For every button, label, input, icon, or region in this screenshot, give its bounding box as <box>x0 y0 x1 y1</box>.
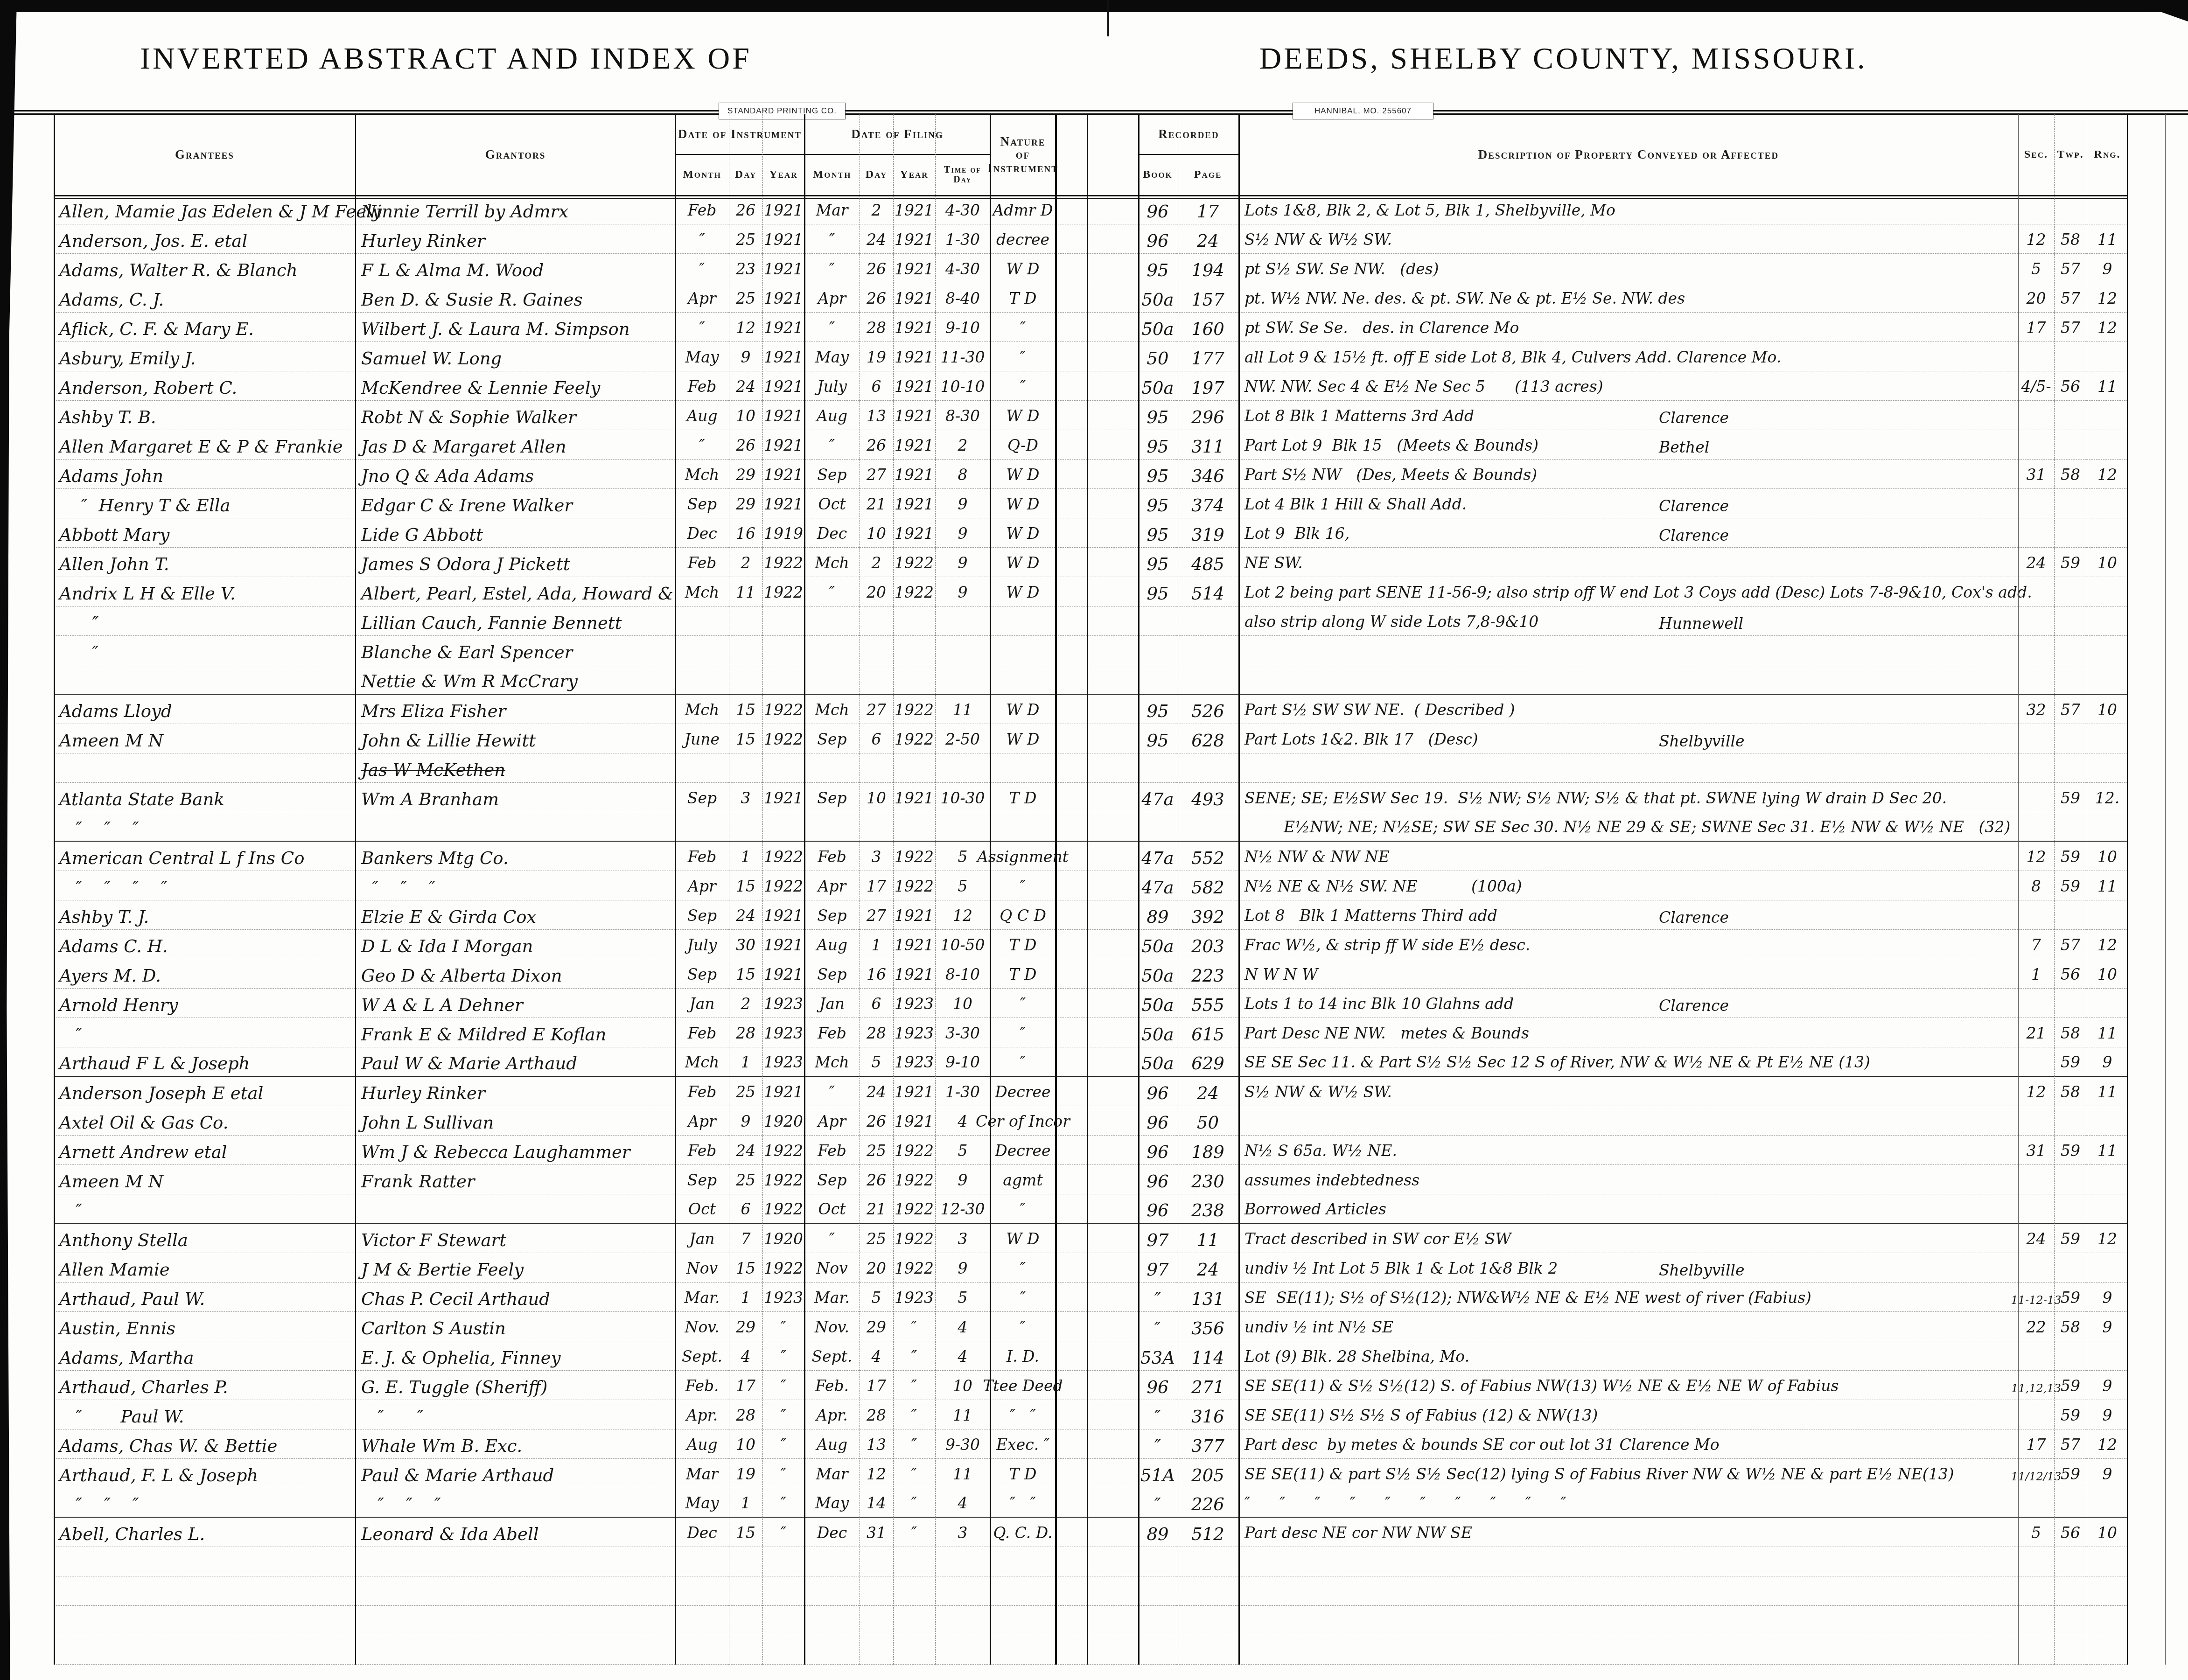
cell-grantor: E. J. & Ophelia, Finney <box>356 1341 675 1371</box>
cell-twp <box>2054 636 2087 665</box>
cell-file-day: 5 <box>860 1047 893 1077</box>
cell-inst-day: 19 <box>729 1459 762 1488</box>
cell-file-month: Feb <box>804 842 860 871</box>
cell-time: 4 <box>935 1341 990 1371</box>
cell-description: Lot 2 being part SENE 11-56-9; also stri… <box>1239 577 2018 606</box>
binding-gap <box>1087 489 1139 518</box>
cell-file-day: 1 <box>860 930 893 959</box>
cell-page: 157 <box>1177 283 1239 313</box>
cell-time: 9 <box>935 1253 990 1283</box>
cell-grantor: Chas P. Cecil Arthaud <box>356 1283 675 1312</box>
cell-rng <box>2087 636 2128 665</box>
cell-description: Part desc by metes & bounds SE cor out l… <box>1239 1429 2018 1459</box>
header-inst-day: Day <box>729 155 762 195</box>
cell-grantee: Abell, Charles L. <box>54 1518 356 1547</box>
cell-time: 5 <box>935 871 990 900</box>
cell-grantor: Albert, Pearl, Estel, Ada, Howard & <box>356 577 675 606</box>
binding-line <box>1107 0 1109 36</box>
binding-gap <box>1087 1635 1139 1665</box>
cell-description <box>1239 1547 2018 1576</box>
cell-place: Shelbyville <box>1659 732 1745 750</box>
binding-gap <box>1087 930 1139 959</box>
cell-inst-month: Sep <box>675 900 729 930</box>
cell-book: 96 <box>1139 1194 1177 1224</box>
cell-twp: 58 <box>2054 1018 2087 1047</box>
cell-file-month: Nov. <box>804 1312 860 1341</box>
cell-file-day: 25 <box>860 1224 893 1253</box>
cell-inst-month: Apr. <box>675 1400 729 1429</box>
cell-file-day: 6 <box>860 989 893 1018</box>
cell-description: Lot (9) Blk. 28 Shelbina, Mo. <box>1239 1341 2018 1371</box>
cell-file-year <box>893 1606 935 1635</box>
cell-inst-day: 24 <box>729 900 762 930</box>
cell-inst-day: 15 <box>729 959 762 989</box>
cell-inst-month <box>675 665 729 695</box>
binding-gap <box>1056 1224 1087 1253</box>
binding-gap <box>1087 812 1139 842</box>
cell-page: 24 <box>1177 224 1239 254</box>
cell-inst-day: 25 <box>729 224 762 254</box>
binding-gap <box>1056 518 1087 548</box>
cell-twp: 57 <box>2054 1429 2087 1459</box>
cell-time: 9 <box>935 489 990 518</box>
cell-grantee: Adams John <box>54 460 356 489</box>
ledger-sheet: INVERTED ABSTRACT AND INDEX OF DEEDS, SH… <box>0 0 2188 1680</box>
cell-file-month: Mch <box>804 548 860 577</box>
cell-time <box>935 1576 990 1606</box>
cell-nature: W D <box>990 548 1056 577</box>
cell-file-month <box>804 753 860 783</box>
cell-book: 95 <box>1139 548 1177 577</box>
cell-rng <box>2087 1341 2128 1371</box>
cell-file-day: 27 <box>860 460 893 489</box>
binding-gap <box>1056 460 1087 489</box>
cell-inst-year: ″ <box>762 1312 804 1341</box>
binding-gap <box>1087 989 1139 1018</box>
cell-sec <box>2018 812 2054 842</box>
cell-inst-day: 10 <box>729 1429 762 1459</box>
cell-description <box>1239 1635 2018 1665</box>
cell-description <box>1239 753 2018 783</box>
cell-nature: ″ <box>990 1253 1056 1283</box>
cell-sec <box>2018 1606 2054 1635</box>
cell-description: E½NW; NE; N½SE; SW SE Sec 30. N½ NE 29 &… <box>1239 812 2018 842</box>
cell-rng <box>2087 1635 2128 1665</box>
cell-file-day: 17 <box>860 871 893 900</box>
cell-rng: 9 <box>2087 1459 2128 1488</box>
cell-file-day: 21 <box>860 489 893 518</box>
cell-inst-year <box>762 606 804 636</box>
cell-inst-year: 1921 <box>762 371 804 401</box>
cell-file-month: Apr <box>804 283 860 313</box>
cell-grantor: D L & Ida I Morgan <box>356 930 675 959</box>
binding-gap <box>1056 342 1087 371</box>
cell-file-year: 1922 <box>893 1194 935 1224</box>
binding-gap <box>1087 783 1139 812</box>
cell-place: Clarence <box>1659 908 1729 927</box>
cell-grantor: Whale Wm B. Exc. <box>356 1429 675 1459</box>
cell-grantee: Adams, Chas W. & Bettie <box>54 1429 356 1459</box>
cell-file-month: ″ <box>804 254 860 283</box>
cell-sec <box>2018 606 2054 636</box>
binding-gap <box>1056 1459 1087 1488</box>
cell-inst-day: 1 <box>729 1047 762 1077</box>
cell-inst-day: 3 <box>729 783 762 812</box>
cell-grantor <box>356 1635 675 1665</box>
cell-book: 96 <box>1139 1106 1177 1136</box>
cell-grantor: Carlton S Austin <box>356 1312 675 1341</box>
cell-sec <box>2018 401 2054 430</box>
cell-file-month: Feb <box>804 1018 860 1047</box>
cell-grantee: Anderson, Jos. E. etal <box>54 224 356 254</box>
cell-description: assumes indebtedness <box>1239 1165 2018 1194</box>
cell-twp <box>2054 489 2087 518</box>
cell-grantee: Anthony Stella <box>54 1224 356 1253</box>
cell-file-month: ″ <box>804 1077 860 1106</box>
cell-book: 50 <box>1139 342 1177 371</box>
cell-book: 50a <box>1139 283 1177 313</box>
cell-sec: 12 <box>2018 224 2054 254</box>
cell-rng <box>2087 1165 2128 1194</box>
cell-grantor: Lide G Abbott <box>356 518 675 548</box>
cell-sec <box>2018 342 2054 371</box>
cell-time: 3-30 <box>935 1018 990 1047</box>
cell-nature: ″ <box>990 1283 1056 1312</box>
cell-nature: W D <box>990 460 1056 489</box>
cell-rng <box>2087 430 2128 460</box>
cell-twp <box>2054 401 2087 430</box>
binding-gap <box>1087 430 1139 460</box>
cell-rng: 12. <box>2087 783 2128 812</box>
cell-file-month: Apr. <box>804 1400 860 1429</box>
cell-description: Part Lots 1&2. Blk 17 (Desc)Shelbyville <box>1239 724 2018 753</box>
binding-gap <box>1056 401 1087 430</box>
cell-grantor: Ben D. & Susie R. Gaines <box>356 283 675 313</box>
cell-page: 205 <box>1177 1459 1239 1488</box>
vline <box>355 114 356 1665</box>
cell-page <box>1177 606 1239 636</box>
cell-inst-year: ″ <box>762 1400 804 1429</box>
cell-inst-month: Nov <box>675 1253 729 1283</box>
cell-rng: 10 <box>2087 695 2128 724</box>
binding-gap <box>1056 842 1087 871</box>
cell-grantor: ″ ″ <box>356 1400 675 1429</box>
cell-inst-day: 28 <box>729 1018 762 1047</box>
cell-sec: 1 <box>2018 959 2054 989</box>
cell-sec: 5 <box>2018 254 2054 283</box>
cell-inst-day: 29 <box>729 460 762 489</box>
cell-inst-year: 1922 <box>762 871 804 900</box>
cell-rng <box>2087 195 2128 224</box>
cell-place: Clarence <box>1659 497 1729 515</box>
binding-gap <box>1087 1165 1139 1194</box>
cell-file-year: 1921 <box>893 900 935 930</box>
cell-grantor <box>356 812 675 842</box>
cell-twp: 59 <box>2054 1047 2087 1077</box>
cell-file-day: 21 <box>860 1194 893 1224</box>
cell-file-year: 1921 <box>893 342 935 371</box>
cell-rng: 12 <box>2087 930 2128 959</box>
cell-file-month <box>804 1635 860 1665</box>
cell-inst-month: June <box>675 724 729 753</box>
binding-gap <box>1087 959 1139 989</box>
cell-grantor: Hurley Rinker <box>356 224 675 254</box>
cell-inst-day: 12 <box>729 313 762 342</box>
cell-nature: W D <box>990 489 1056 518</box>
cell-inst-day <box>729 665 762 695</box>
cell-grantee: Andrix L H & Elle V. <box>54 577 356 606</box>
cell-book: 95 <box>1139 254 1177 283</box>
cell-place: Shelbyville <box>1659 1261 1745 1279</box>
cell-twp: 59 <box>2054 1371 2087 1400</box>
cell-time: 3 <box>935 1518 990 1547</box>
cell-file-day: 26 <box>860 430 893 460</box>
cell-book: 95 <box>1139 577 1177 606</box>
cell-inst-day <box>729 1606 762 1635</box>
cell-grantee: Asbury, Emily J. <box>54 342 356 371</box>
cell-file-day: 26 <box>860 283 893 313</box>
cell-nature: W D <box>990 724 1056 753</box>
cell-file-year: ″ <box>893 1518 935 1547</box>
cell-book: 96 <box>1139 224 1177 254</box>
cell-file-month: ″ <box>804 430 860 460</box>
cell-inst-month: Mar. <box>675 1283 729 1312</box>
cell-file-year: 1923 <box>893 989 935 1018</box>
cell-sec: 17 <box>2018 1429 2054 1459</box>
cell-description: Lots 1&8, Blk 2, & Lot 5, Blk 1, Shelbyv… <box>1239 195 2018 224</box>
cell-file-month: Nov <box>804 1253 860 1283</box>
cell-inst-year: 1921 <box>762 430 804 460</box>
cell-book <box>1139 753 1177 783</box>
cell-description: Part S½ SW SW NE. ( Described ) <box>1239 695 2018 724</box>
cell-file-year: 1922 <box>893 1224 935 1253</box>
binding-gap <box>1056 1635 1087 1665</box>
cell-grantee: ″ Henry T & Ella <box>54 489 356 518</box>
cell-description <box>1239 1106 2018 1136</box>
cell-twp: 58 <box>2054 460 2087 489</box>
cell-file-year: 1921 <box>893 371 935 401</box>
cell-description: Part Lot 9 Blk 15 (Meets & Bounds)Bethel <box>1239 430 2018 460</box>
cell-inst-month <box>675 1547 729 1576</box>
binding-gap <box>1056 1341 1087 1371</box>
cell-inst-day: 15 <box>729 1253 762 1283</box>
cell-book: 95 <box>1139 518 1177 548</box>
cell-file-month <box>804 1576 860 1606</box>
cell-grantor <box>356 1547 675 1576</box>
cell-file-month <box>804 606 860 636</box>
cell-grantee: Arthaud, F. L & Joseph <box>54 1459 356 1488</box>
scan-edge-top <box>0 0 2188 12</box>
cell-grantee: Anderson Joseph E etal <box>54 1077 356 1106</box>
cell-inst-year: 1923 <box>762 1047 804 1077</box>
cell-grantee <box>54 1606 356 1635</box>
cell-twp: 56 <box>2054 959 2087 989</box>
binding-gap <box>1087 1606 1139 1635</box>
cell-grantor: John L Sullivan <box>356 1106 675 1136</box>
binding-gap <box>1087 548 1139 577</box>
binding-gap <box>1087 1429 1139 1459</box>
cell-nature: ″ <box>990 342 1056 371</box>
cell-time: 9 <box>935 518 990 548</box>
cell-file-year: 1922 <box>893 1136 935 1165</box>
binding-gap <box>1087 371 1139 401</box>
cell-file-month <box>804 1547 860 1576</box>
cell-time: 4-30 <box>935 195 990 224</box>
cell-file-year: 1921 <box>893 401 935 430</box>
cell-file-month <box>804 1606 860 1635</box>
cell-book <box>1139 1606 1177 1635</box>
header-inst-year: Year <box>762 155 804 195</box>
scan-edge-left <box>0 0 17 1680</box>
cell-time: 8-30 <box>935 401 990 430</box>
cell-page: 526 <box>1177 695 1239 724</box>
cell-inst-month: Feb <box>675 842 729 871</box>
cell-file-month <box>804 812 860 842</box>
cell-book: 50a <box>1139 930 1177 959</box>
cell-description: SE SE(11); S½ of S½(12); NW&W½ NE & E½ N… <box>1239 1283 2018 1312</box>
vline <box>1138 114 1139 1665</box>
binding-gap <box>1087 842 1139 871</box>
cell-file-day: 24 <box>860 1077 893 1106</box>
cell-inst-day: 24 <box>729 1136 762 1165</box>
cell-page: 319 <box>1177 518 1239 548</box>
binding-gap <box>1087 753 1139 783</box>
binding-gap <box>1087 518 1139 548</box>
cell-nature: W D <box>990 695 1056 724</box>
cell-inst-day: 15 <box>729 1518 762 1547</box>
cell-grantee <box>54 1576 356 1606</box>
binding-gap <box>1087 1400 1139 1429</box>
binding-gap <box>1087 900 1139 930</box>
cell-page: 226 <box>1177 1488 1239 1518</box>
vline <box>935 114 936 1665</box>
cell-inst-year: 1921 <box>762 313 804 342</box>
cell-description <box>1239 1606 2018 1635</box>
cell-nature: Ttee Deed <box>990 1371 1056 1400</box>
cell-grantor: Nettie & Wm R McCrary <box>356 665 675 695</box>
binding-gap <box>1056 371 1087 401</box>
cell-twp: 57 <box>2054 695 2087 724</box>
cell-file-day: 25 <box>860 1136 893 1165</box>
binding-gap <box>1087 871 1139 900</box>
cell-description: pt SW. Se Se. des. in Clarence Mo <box>1239 313 2018 342</box>
cell-book <box>1139 1576 1177 1606</box>
cell-file-day <box>860 753 893 783</box>
cell-file-month: Aug <box>804 930 860 959</box>
cell-page: 271 <box>1177 1371 1239 1400</box>
cell-inst-year: ″ <box>762 1371 804 1400</box>
vline <box>2165 114 2166 1665</box>
cell-inst-month: ″ <box>675 224 729 254</box>
cell-nature: ″ <box>990 1312 1056 1341</box>
cell-file-month: May <box>804 342 860 371</box>
cell-inst-year: 1922 <box>762 695 804 724</box>
cell-twp <box>2054 606 2087 636</box>
cell-grantee: ″ ″ ″ ″ <box>54 871 356 900</box>
cell-nature: I. D. <box>990 1341 1056 1371</box>
cell-file-day: 20 <box>860 577 893 606</box>
cell-place: Hunnewell <box>1659 614 1743 633</box>
cell-sec <box>2018 1047 2054 1077</box>
cell-twp <box>2054 812 2087 842</box>
cell-book: 53A <box>1139 1341 1177 1371</box>
cell-rng <box>2087 753 2128 783</box>
cell-twp <box>2054 989 2087 1018</box>
cell-book: ″ <box>1139 1488 1177 1518</box>
binding-gap <box>1056 224 1087 254</box>
cell-nature: W D <box>990 254 1056 283</box>
cell-description: undiv ½ int N½ SE <box>1239 1312 2018 1341</box>
cell-inst-year <box>762 1635 804 1665</box>
cell-file-day: 2 <box>860 195 893 224</box>
cell-file-day: 13 <box>860 1429 893 1459</box>
cell-time: 9 <box>935 1165 990 1194</box>
cell-file-year: 1922 <box>893 577 935 606</box>
cell-nature <box>990 812 1056 842</box>
cell-inst-month: Feb. <box>675 1371 729 1400</box>
cell-file-day <box>860 812 893 842</box>
binding-gap <box>1056 959 1087 989</box>
cell-nature: Q C D <box>990 900 1056 930</box>
cell-grantee: Ameen M N <box>54 1165 356 1194</box>
vline <box>54 114 55 1665</box>
cell-grantee: Adams, Walter R. & Blanch <box>54 254 356 283</box>
cell-inst-year: 1920 <box>762 1224 804 1253</box>
cell-file-day <box>860 1576 893 1606</box>
cell-inst-year: 1921 <box>762 195 804 224</box>
cell-rng: 9 <box>2087 1047 2128 1077</box>
cell-file-year: 1922 <box>893 724 935 753</box>
binding-gap <box>1087 1547 1139 1576</box>
cell-page: 17 <box>1177 195 1239 224</box>
cell-nature <box>990 665 1056 695</box>
vline <box>804 114 805 1665</box>
cell-file-year: 1923 <box>893 1047 935 1077</box>
cell-description <box>1239 1576 2018 1606</box>
cell-twp <box>2054 430 2087 460</box>
cell-time: 2-50 <box>935 724 990 753</box>
cell-file-month: Oct <box>804 489 860 518</box>
cell-inst-day: 23 <box>729 254 762 283</box>
cell-file-day: 26 <box>860 254 893 283</box>
cell-inst-month: Jan <box>675 1224 729 1253</box>
cell-twp: 59 <box>2054 1224 2087 1253</box>
cell-nature: T D <box>990 1459 1056 1488</box>
binding-gap <box>1087 1371 1139 1400</box>
cell-nature: agmt <box>990 1165 1056 1194</box>
cell-inst-month: Dec <box>675 1518 729 1547</box>
cell-grantor: Hurley Rinker <box>356 1077 675 1106</box>
cell-page: 552 <box>1177 842 1239 871</box>
cell-sec: 5 <box>2018 1518 2054 1547</box>
cell-file-month: Apr <box>804 871 860 900</box>
binding-gap <box>1087 1136 1139 1165</box>
cell-file-year: 1922 <box>893 1165 935 1194</box>
cell-grantee: Axtel Oil & Gas Co. <box>54 1106 356 1136</box>
vline <box>2127 114 2128 1665</box>
cell-rng: 12 <box>2087 313 2128 342</box>
cell-file-year: ″ <box>893 1429 935 1459</box>
binding-gap <box>1056 695 1087 724</box>
cell-nature: T D <box>990 283 1056 313</box>
cell-description: Lot 8 Blk 1 Matterns 3rd AddClarence <box>1239 401 2018 430</box>
cell-inst-year: 1920 <box>762 1106 804 1136</box>
cell-time: 8-10 <box>935 959 990 989</box>
cell-book <box>1139 665 1177 695</box>
cell-nature: Decree <box>990 1136 1056 1165</box>
cell-file-year: 1923 <box>893 1283 935 1312</box>
cell-inst-year: 1921 <box>762 460 804 489</box>
